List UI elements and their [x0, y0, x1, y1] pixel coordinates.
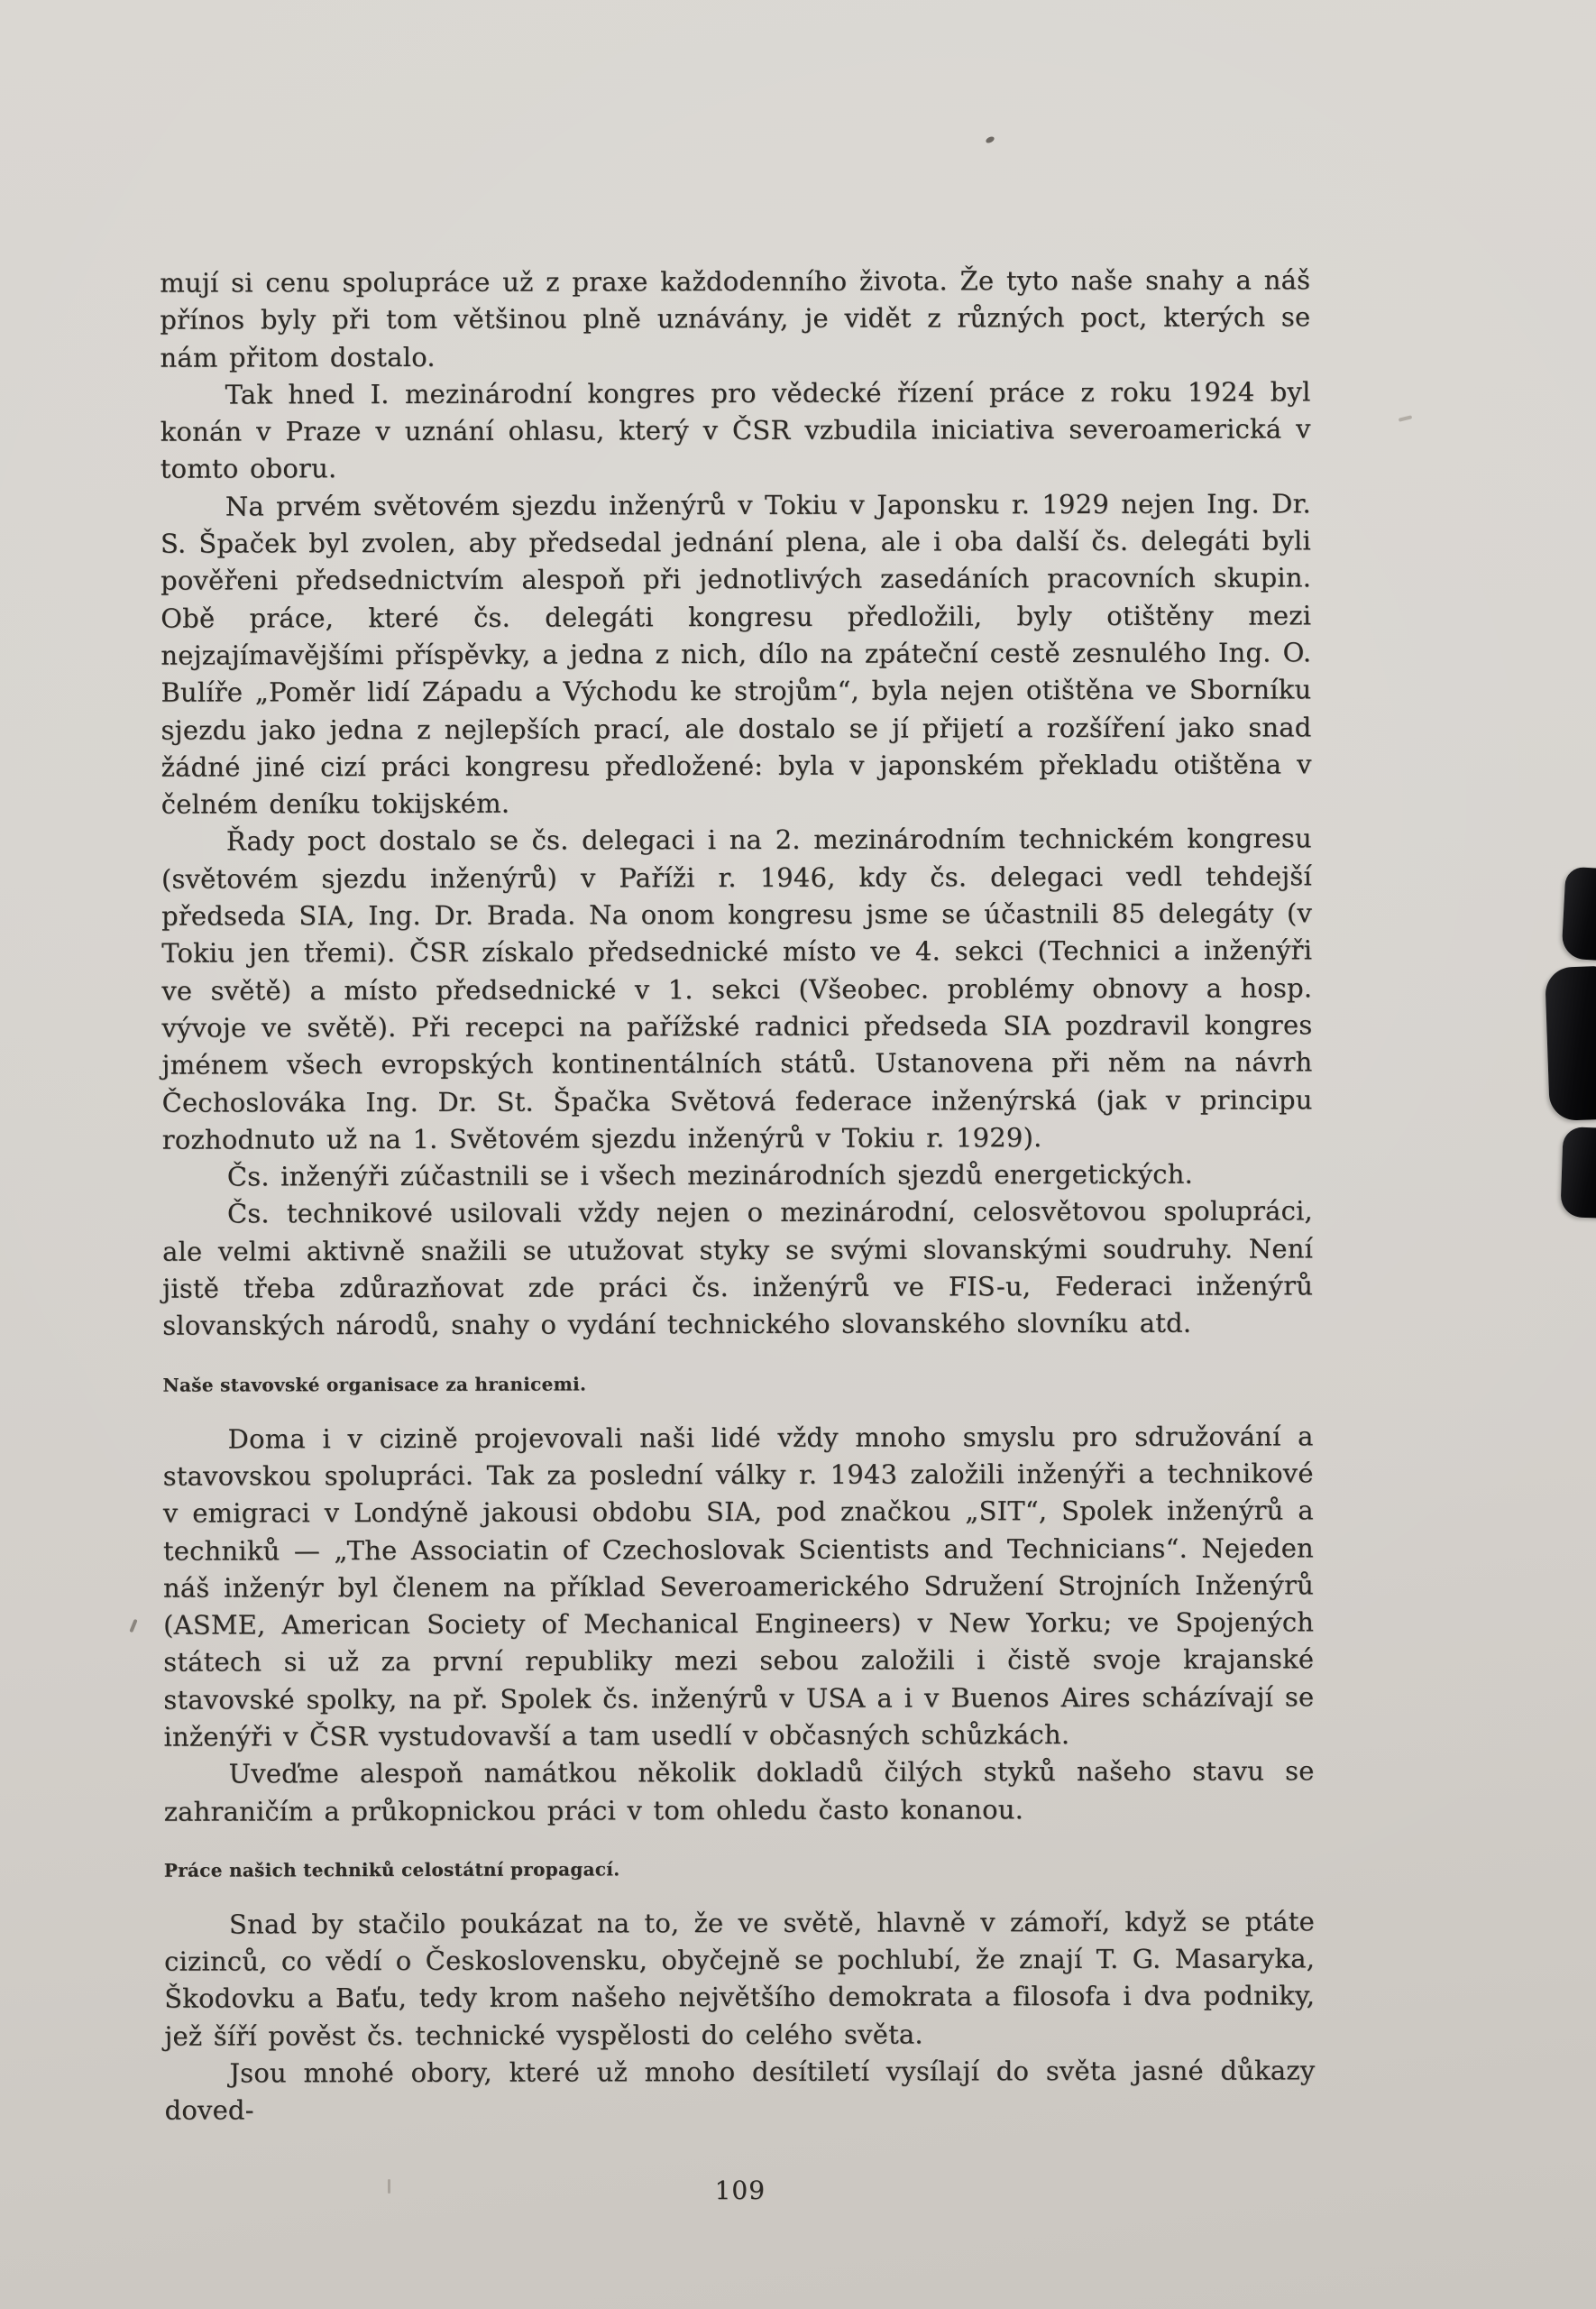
- paragraph: Tak hned I. mezinárodní kongres pro věde…: [161, 373, 1311, 488]
- binding-clip: [1545, 966, 1596, 1121]
- binding-clips: [1524, 868, 1596, 1221]
- scanned-book-page: mují si cenu spolupráce už z praxe každo…: [0, 0, 1596, 2309]
- paragraph: Řady poct dostalo se čs. delegaci i na 2…: [161, 821, 1313, 1159]
- paper-speck: [388, 2179, 390, 2194]
- paragraph: Uveďme alespoň namátkou několik dokladů …: [164, 1753, 1315, 1831]
- paragraph: Čs. technikové usilovali vždy nejen o me…: [162, 1193, 1313, 1346]
- paragraph: Doma i v cizině projevovali naši lidé vž…: [163, 1418, 1315, 1756]
- paragraph: Čs. inženýři zúčastnili se i všech mezin…: [162, 1155, 1313, 1196]
- paper-speck: [129, 1619, 137, 1633]
- section-heading: Naše stavovské organisace za hranicemi.: [162, 1369, 1313, 1397]
- binding-clip: [1561, 867, 1596, 961]
- paragraph: Na prvém světovém sjezdu inženýrů v Toki…: [161, 485, 1312, 823]
- text-column: mují si cenu spolupráce už z praxe každo…: [160, 262, 1316, 2206]
- binding-clip: [1560, 1127, 1596, 1219]
- paragraph: Jsou mnohé obory, které už mnoho desítil…: [164, 2052, 1315, 2130]
- paragraph: mují si cenu spolupráce už z praxe každo…: [160, 262, 1310, 376]
- section-heading: Práce našich techniků celostátní propaga…: [164, 1854, 1315, 1882]
- paragraph: Snad by stačilo poukázat na to, že ve sv…: [164, 1903, 1315, 2056]
- paper-speck: [985, 135, 995, 144]
- paper-speck: [1399, 415, 1413, 422]
- page-number: 109: [165, 2174, 1316, 2206]
